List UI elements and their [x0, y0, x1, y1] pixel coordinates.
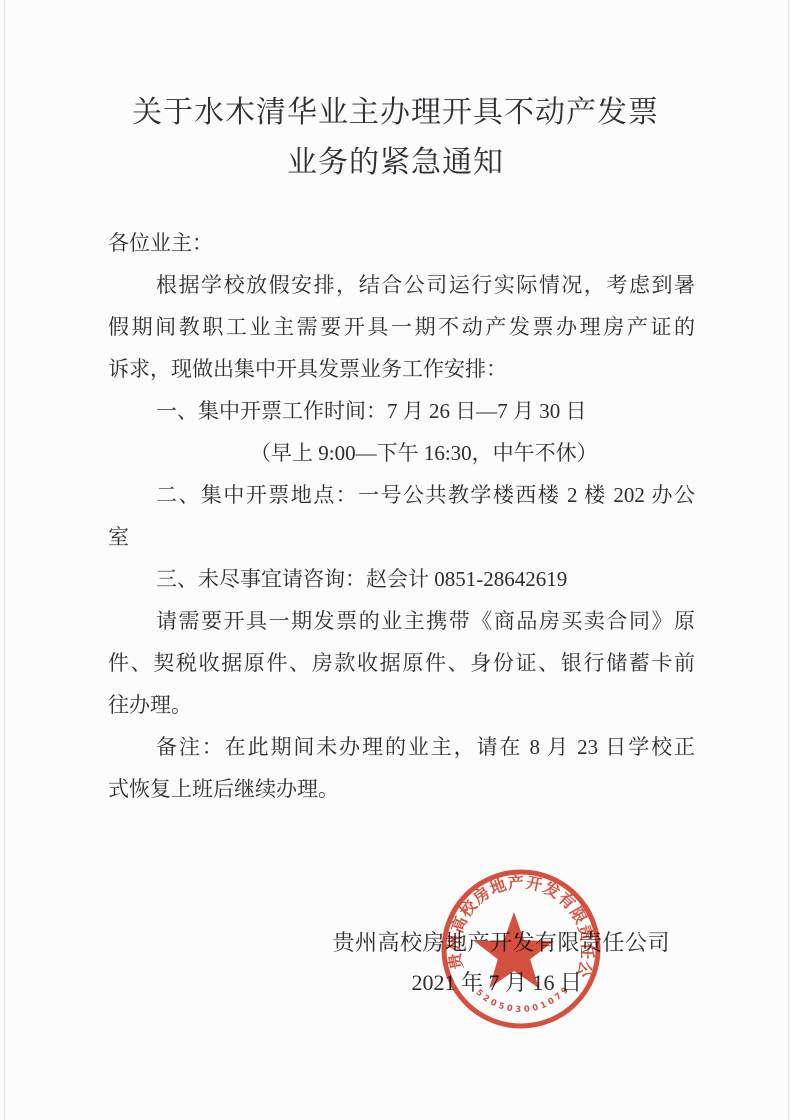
item-1-hours-line: （早上 9:00—下午 16:30，中午不休） — [108, 432, 695, 474]
document-page: 关于水木清华业主办理开具不动产发票 业务的紧急通知 各位业主： 根据学校放假安排… — [0, 0, 791, 1120]
remark-cont-line: 式恢复上班后继续办理。 — [108, 768, 695, 810]
body-line: 根据学校放假安排，结合公司运行实际情况，考虑到暑 — [108, 264, 695, 306]
body-line: 请需要开具一期发票的业主携带《商品房买卖合同》原 — [108, 600, 695, 642]
salutation-line: 各位业主： — [108, 222, 695, 264]
body-line: 假期间教职工业主需要开具一期不动产发票办理房产证的 — [108, 306, 695, 348]
notice-title-line-2: 业务的紧急通知 — [0, 138, 791, 188]
body-line: 件、契税收据原件、房款收据原件、身份证、银行储蓄卡前 — [108, 642, 695, 684]
item-3-line: 三、未尽事宜请咨询：赵会计 0851-28642619 — [108, 558, 695, 600]
scan-edge-right — [788, 0, 789, 1120]
remark-line: 备注：在此期间未办理的业主，请在 8 月 23 日学校正 — [108, 726, 695, 768]
body-line: 往办理。 — [108, 684, 695, 726]
body-line: 诉求，现做出集中开具发票业务工作安排： — [108, 348, 695, 390]
signature-company: 贵州高校房地产开发有限责任公司 — [332, 926, 670, 957]
notice-title-line-1: 关于水木清华业主办理开具不动产发票 — [0, 88, 791, 138]
signature-date: 2021 年 7 月 16 日 — [411, 966, 582, 997]
seal-ring-text: 贵州高校房地产开发有限责任公司 — [436, 864, 597, 980]
item-1-line: 一、集中开票工作时间：7 月 26 日—7 月 30 日 — [108, 390, 695, 432]
item-2-cont-line: 室 — [108, 516, 695, 558]
scan-edge-left — [4, 0, 5, 1120]
notice-title: 关于水木清华业主办理开具不动产发票 业务的紧急通知 — [0, 0, 791, 188]
notice-body: 各位业主： 根据学校放假安排，结合公司运行实际情况，考虑到暑 假期间教职工业主需… — [0, 188, 791, 810]
item-2-line: 二、集中开票地点：一号公共教学楼西楼 2 楼 202 办公 — [108, 474, 695, 516]
